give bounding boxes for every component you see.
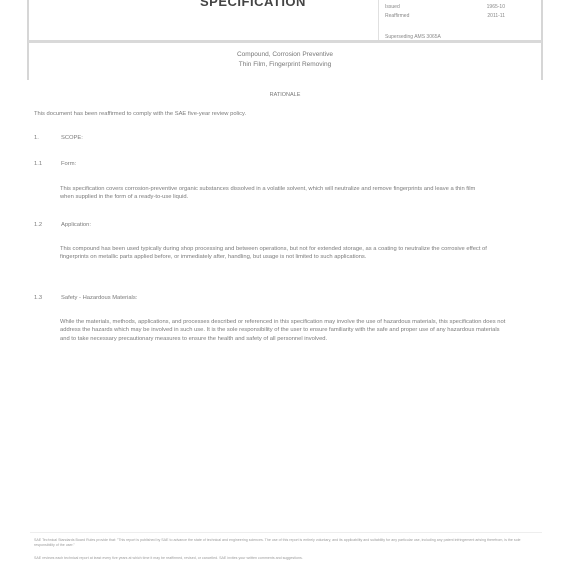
document-type-title: SPECIFICATION bbox=[200, 0, 306, 9]
section-number: 1.1 bbox=[34, 161, 61, 167]
section-title: Form: bbox=[61, 161, 76, 167]
section-1-heading: 1. SCOPE: bbox=[34, 135, 83, 141]
section-title: SCOPE: bbox=[61, 135, 83, 141]
info-label: Issued bbox=[385, 4, 400, 10]
footer-review-notice: SAE reviews each technical report at lea… bbox=[34, 556, 539, 561]
info-row-reaffirmed: Reaffirmed 2011-11 bbox=[385, 13, 505, 19]
section-1-3-heading: 1.3 Safety - Hazardous Materials: bbox=[34, 295, 137, 301]
section-1-2-text: This compound has been used typically du… bbox=[60, 245, 510, 262]
rationale-heading: RATIONALE bbox=[0, 92, 570, 98]
info-value: 1965-10 bbox=[487, 4, 505, 10]
info-value: 2011-11 bbox=[487, 13, 505, 19]
section-1-3-text: While the materials, methods, applicatio… bbox=[60, 318, 510, 343]
footer-notice: SAE Technical Standards Board Rules prov… bbox=[34, 538, 539, 548]
info-row-issued: Issued 1965-10 bbox=[385, 4, 505, 10]
rationale-text: This document has been reaffirmed to com… bbox=[34, 110, 434, 118]
section-number: 1.2 bbox=[34, 222, 61, 228]
section-1-1-text: This specification covers corrosion-prev… bbox=[60, 185, 490, 202]
document-subject-line-1: Compound, Corrosion Preventive bbox=[0, 51, 570, 58]
section-title: Application: bbox=[61, 222, 91, 228]
header-divider bbox=[28, 40, 542, 43]
section-number: 1. bbox=[34, 135, 61, 141]
section-1-2-heading: 1.2 Application: bbox=[34, 222, 91, 228]
section-number: 1.3 bbox=[34, 295, 61, 301]
section-1-1-heading: 1.1 Form: bbox=[34, 161, 76, 167]
document-subject-line-2: Thin Film, Fingerprint Removing bbox=[0, 61, 570, 68]
footer-divider bbox=[30, 532, 542, 533]
info-label: Reaffirmed bbox=[385, 13, 409, 19]
section-title: Safety - Hazardous Materials: bbox=[61, 295, 137, 301]
document-info-box: Issued 1965-10 Reaffirmed 2011-11 Supers… bbox=[378, 0, 507, 42]
